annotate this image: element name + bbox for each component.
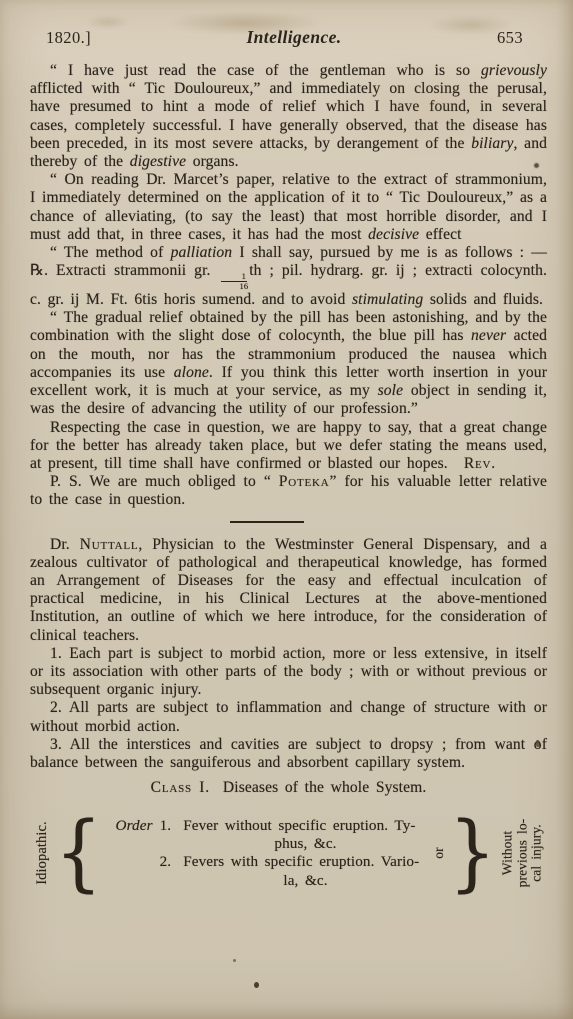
article-point-3: 3. All the interstices and cavities are … — [30, 736, 547, 772]
class-label: Class I. — [151, 779, 210, 796]
seg-italic: digestive — [130, 153, 186, 170]
article-point-1: 1. Each part is subject to morbid action… — [30, 645, 547, 700]
seg: P. S. We are much obliged to “ — [50, 473, 279, 490]
order-number: 2. — [160, 853, 172, 889]
order-item-1-label: Order1. — [107, 817, 171, 853]
seg: effect — [419, 226, 461, 243]
seg-italic: decisive — [368, 226, 419, 243]
seg: “ The method of — [50, 244, 171, 261]
classification-diagram: Idiopathic. { Order1. Fever without spec… — [30, 803, 547, 903]
or-rotated-label: or — [430, 848, 448, 859]
without-injury-label-box: Without previous lo- cal injury. — [497, 805, 547, 901]
seg-italic: biliary — [471, 135, 513, 152]
letter-paragraph-2: “ On reading Dr. Marcet’s paper, relativ… — [30, 171, 547, 244]
letter-paragraph-3: “ The method of palliation I shall say, … — [30, 244, 547, 309]
or-label-box: or — [430, 832, 448, 874]
rev-signature: Rev. — [464, 455, 496, 472]
order-line: Fever without specific eruption. Ty- — [183, 817, 428, 835]
seg: solids and fluids. — [423, 291, 543, 308]
article-point-2: 2. All parts are subject to inflammation… — [30, 699, 547, 735]
page-number: 653 — [497, 28, 523, 48]
paper-stain — [254, 982, 259, 988]
seg: 1. Each part is subject to morbid action… — [30, 645, 547, 698]
label-line: previous lo- — [515, 819, 530, 888]
order-line: Fevers with specific eruption. Vario- — [183, 853, 428, 871]
seg: “ The gradual relief obtained by the pil… — [30, 309, 547, 344]
seg: “ I have just read the case of the gentl… — [50, 62, 481, 79]
section-divider — [230, 521, 304, 523]
order-list: Order1. Fever without specific eruption.… — [103, 817, 430, 890]
right-brace: } — [448, 806, 497, 900]
seg: afflicted with “ Tic Douloureux,” and im… — [30, 80, 547, 152]
order-item-1: Order1. Fever without specific eruption.… — [107, 817, 428, 853]
seg-italic: never — [471, 327, 506, 344]
label-line: Without — [500, 819, 515, 888]
editor-response-paragraph: Respecting the case in question, we are … — [30, 419, 547, 474]
poteka-name: Poteka — [279, 473, 330, 490]
without-injury-rotated-label: Without previous lo- cal injury. — [500, 819, 544, 888]
seg: organs. — [186, 153, 239, 170]
seg-italic: alone — [174, 364, 209, 381]
order-item-2: 2. Fevers with specific eruption. Vario-… — [107, 853, 428, 889]
order-line-continuation: phus, &c. — [183, 835, 428, 853]
paper-stain — [233, 959, 236, 962]
seg-italic: palliation — [171, 244, 233, 261]
class-heading: Class I.Diseases of the whole System. — [30, 779, 547, 797]
class-heading-text: Diseases of the whole System. — [223, 779, 426, 796]
order-item-1-text: Fever without specific eruption. Ty- phu… — [171, 817, 428, 853]
label-line: cal injury. — [529, 819, 544, 888]
seg: Dr. — [50, 536, 80, 553]
idiopathic-rotated-label: Idiopathic. — [33, 822, 51, 886]
seg-italic: stimulating — [352, 291, 423, 308]
header-year: 1820.] — [46, 28, 91, 48]
paper-edge-shadow — [0, 1002, 573, 1019]
order-item-2-label: 2. — [107, 853, 171, 889]
journal-page: 1820.] Intelligence. 653 “ I have just r… — [0, 0, 573, 1019]
fraction-denominator: 16 — [220, 282, 249, 291]
seg: 3. All the interstices and cavities are … — [30, 736, 547, 771]
letter-paragraph-4: “ The gradual relief obtained by the pil… — [30, 309, 547, 418]
article-paragraph-1: Dr. Nuttall, Physician to the Westminste… — [30, 536, 547, 645]
order-item-2-text: Fevers with specific eruption. Vario- la… — [171, 853, 428, 889]
order-number: 1. — [160, 817, 172, 853]
page-header: 1820.] Intelligence. 653 — [0, 0, 573, 48]
left-brace: { — [54, 806, 103, 900]
seg: “ On reading Dr. Marcet’s paper, relativ… — [30, 171, 547, 243]
postscript-paragraph: P. S. We are much obliged to “ Poteka” f… — [30, 473, 547, 509]
order-word: Order — [116, 817, 153, 853]
nuttall-name: Nuttall — [80, 536, 139, 553]
letter-paragraph-1: “ I have just read the case of the gentl… — [30, 62, 547, 171]
seg: 2. All parts are subject to inflammation… — [30, 699, 547, 734]
fraction-one-sixteenth: 116 — [220, 272, 249, 291]
seg-italic: sole — [378, 382, 404, 399]
idiopathic-label-box: Idiopathic. — [30, 803, 54, 903]
page-title: Intelligence. — [246, 27, 341, 48]
order-line-continuation: la, &c. — [183, 872, 428, 890]
page-body: “ I have just read the case of the gentl… — [0, 48, 573, 903]
seg-italic: grievously — [481, 62, 547, 79]
